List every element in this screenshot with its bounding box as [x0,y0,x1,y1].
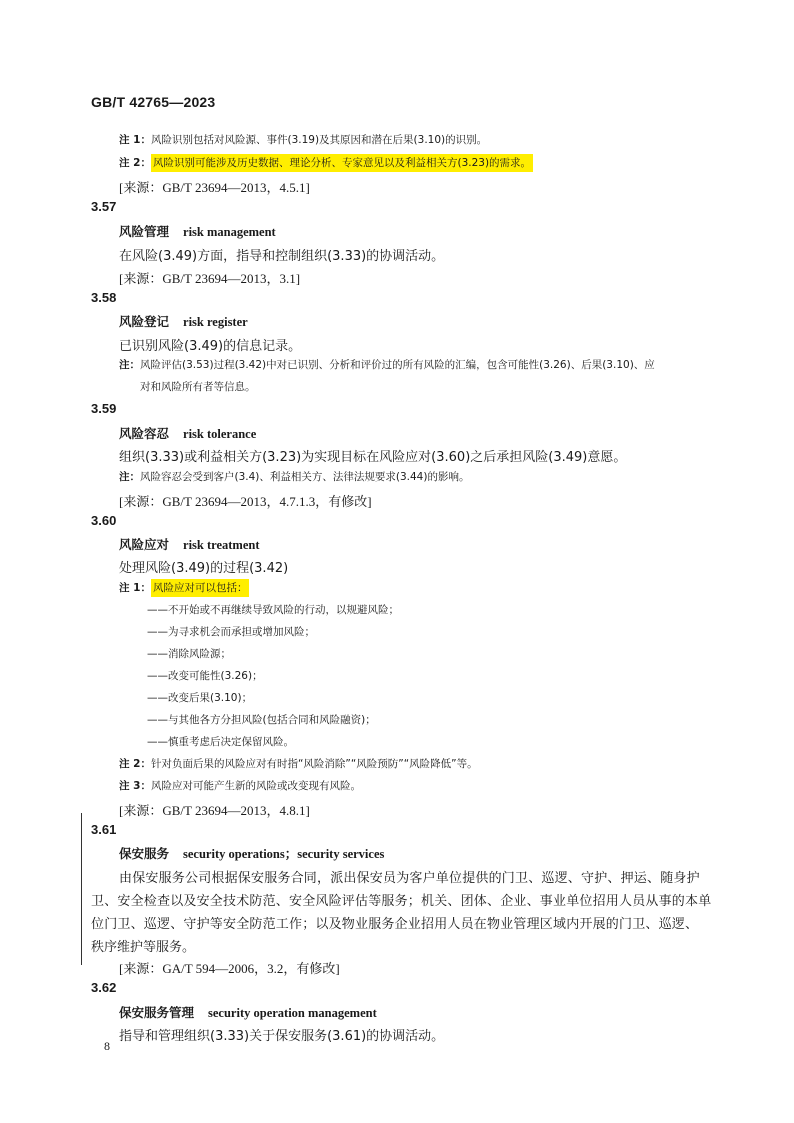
document-page: GB/T 42765—2023 注 1：风险识别包括对风险源、事件(3.19)及… [0,0,794,1123]
list-item: ——慎重考虑后决定保留风险。 [147,734,294,749]
clause-number: 3.62 [91,980,116,995]
note: 注：风险容忍会受到客户(3.4)、利益相关方、法律法规要求(3.44)的影响。 [119,469,469,484]
note: 注 1：风险应对可以包括： [119,580,249,595]
term-heading: 保安服务security operations；security service… [119,844,384,862]
clause-number: 3.60 [91,513,116,528]
list-item: ——为寻求机会而承担或增加风险； [147,624,315,639]
list-item: ——消除风险源； [147,646,231,661]
clause-number: 3.61 [91,822,116,837]
source-citation: [来源：GB/T 23694—2013，4.5.1] [119,177,310,196]
standard-id-header: GB/T 42765—2023 [91,94,215,110]
definition: 已识别风险(3.49)的信息记录。 [119,335,301,354]
note: 注 3：风险应对可能产生新的风险或改变现有风险。 [119,778,361,793]
source-citation: [来源：GA/T 594—2006，3.2，有修改] [119,958,340,977]
list-item: ——改变后果(3.10)； [147,690,252,705]
term-heading: 保安服务管理security operation management [119,1003,377,1021]
clause-number: 3.58 [91,290,116,305]
definition: 组织(3.33)或利益相关方(3.23)为实现目标在风险应对(3.60)之后承担… [119,446,626,465]
term-heading: 风险应对risk treatment [119,535,260,553]
highlighted-text: 风险应对可以包括： [151,579,250,597]
list-item: ——不开始或不再继续导致风险的行动，以规避风险； [147,602,399,617]
definition-line: 卫、安全检查以及安全技术防范、安全风险评估等服务；机关、团体、企业、事业单位招用… [91,890,711,909]
highlighted-text: 风险识别可能涉及历史数据、理论分析、专家意见以及利益相关方(3.23)的需求。 [151,154,533,172]
definition-line: 由保安服务公司根据保安服务合同，派出保安员为客户单位提供的门卫、巡逻、守护、押运… [119,867,700,886]
revision-change-bar [81,813,82,965]
list-item: ——与其他各方分担风险(包括合同和风险融资)； [147,712,376,727]
note-risk-identification-1: 注 1：风险识别包括对风险源、事件(3.19)及其原因和潜在后果(3.10)的识… [119,132,487,147]
source-citation: [来源：GB/T 23694—2013，4.7.1.3，有修改] [119,491,372,510]
source-citation: [来源：GB/T 23694—2013，3.1] [119,268,300,287]
note: 注 2：针对负面后果的风险应对有时指“风险消除”“风险预防”“风险降低”等。 [119,756,478,771]
note-continuation: 对和风险所有者等信息。 [140,379,256,394]
definition: 指导和管理组织(3.33)关于保安服务(3.61)的协调活动。 [119,1025,444,1044]
source-citation: [来源：GB/T 23694—2013，4.8.1] [119,800,310,819]
definition-line: 位门卫、巡逻、守护等安全防范工作；以及物业服务企业招用人员在物业管理区域内开展的… [91,913,698,932]
term-heading: 风险容忍risk tolerance [119,424,256,442]
definition: 在风险(3.49)方面，指导和控制组织(3.33)的协调活动。 [119,245,444,264]
clause-number: 3.59 [91,401,116,416]
term-heading: 风险登记risk register [119,312,248,330]
page-number: 8 [104,1039,110,1054]
clause-number: 3.57 [91,199,116,214]
note: 注：风险评估(3.53)过程(3.42)中对已识别、分析和评价过的所有风险的汇编… [119,357,655,372]
note-risk-identification-2: 注 2：风险识别可能涉及历史数据、理论分析、专家意见以及利益相关方(3.23)的… [119,155,533,170]
definition: 处理风险(3.49)的过程(3.42) [119,557,288,576]
term-heading: 风险管理risk management [119,222,276,240]
list-item: ——改变可能性(3.26)； [147,668,263,683]
definition-line: 秩序维护等服务。 [91,936,195,955]
